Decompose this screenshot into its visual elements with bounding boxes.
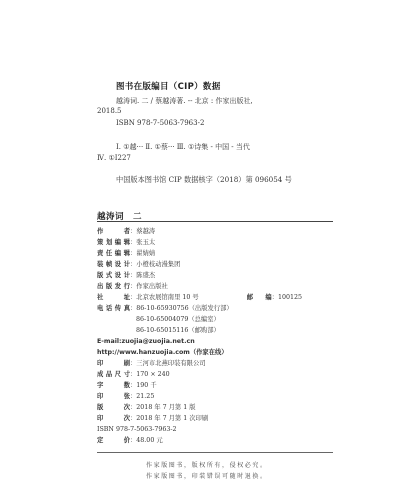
printing-row: 印次：2018 年 7 月第 1 次印刷 — [97, 415, 208, 423]
cover-design-value: 小橙枝动漫集团 — [136, 261, 180, 269]
word-count-row: 字数：190 千 — [97, 382, 157, 390]
planning-editor-row: 策划编辑：张玉太 — [97, 239, 155, 247]
print-sheets-label: 印张 — [97, 393, 130, 401]
cip-catalog-year: 2018.5 — [97, 107, 122, 116]
cip-record-number: 中国版本图书馆 CIP 数据核字（2018）第 096054 号 — [116, 175, 292, 185]
cip-classification-number: Ⅳ. ①I227 — [97, 154, 131, 163]
edition-label: 版次 — [97, 404, 130, 412]
responsible-editor-label: 责任编辑 — [97, 250, 130, 258]
postcode-value: 100125 — [278, 294, 302, 302]
publisher-label: 出版发行 — [97, 283, 130, 291]
author-label: 作者 — [97, 228, 130, 236]
printer-row: 印刷：三河市北燕印装有限公司 — [97, 360, 206, 368]
print-sheets-value: 21.25 — [136, 393, 154, 401]
phone-fax-row: 电话传真：86-10-65930756（出版发行部） — [97, 305, 233, 313]
email-line: E-mail:zuojia@zuojia.net.cn — [97, 338, 195, 346]
printing-label: 印次 — [97, 415, 130, 423]
price-label: 定价 — [97, 437, 130, 445]
exchange-notice: 作家版图书，印装错误可随时退换。 — [146, 471, 268, 480]
word-count-label: 字数 — [97, 382, 130, 390]
address-label: 社址 — [97, 294, 130, 302]
cip-classification: Ⅰ. ①越··· Ⅱ. ①蔡··· Ⅲ. ①诗集 - 中国 - 当代 — [116, 143, 250, 152]
phone-editorial-row: 86-10-65004079（总编室） — [136, 316, 220, 324]
planning-editor-value: 张玉太 — [136, 239, 155, 247]
printer-value: 三河市北燕印装有限公司 — [136, 360, 205, 368]
publisher-row: 出版发行：作家出版社 — [97, 283, 168, 291]
planning-editor-label: 策划编辑 — [97, 239, 130, 247]
cover-design-label: 装帧设计 — [97, 261, 130, 269]
responsible-editor-row: 责任编辑：翟婧婧 — [97, 250, 155, 258]
size-row: 成品尺寸：170 × 240 — [97, 371, 170, 379]
phone-fax-label: 电话传真 — [97, 305, 130, 313]
edition-value: 2018 年 7 月第 1 版 — [136, 404, 195, 412]
printer-label: 印刷 — [97, 360, 130, 368]
word-count-value: 190 千 — [136, 382, 156, 390]
website-line: http://www.hanzuojia.com（作家在线） — [97, 349, 228, 357]
layout-design-row: 版式设计：陈盛杰 — [97, 272, 155, 280]
print-sheets-row: 印张：21.25 — [97, 393, 154, 401]
address-row: 社址：北京农展馆南里 10 号邮编：100125 — [97, 294, 302, 302]
responsible-editor-value: 翟婧婧 — [136, 250, 155, 258]
copyright-notice: 作家版图书，版权所有，侵权必究。 — [146, 460, 268, 469]
layout-design-label: 版式设计 — [97, 272, 130, 280]
price-row: 定价：48.00 元 — [97, 437, 163, 445]
phone-sales: 86-10-65930756（出版发行部） — [136, 305, 232, 313]
postcode-label: 邮编 — [247, 294, 272, 302]
cip-heading: 图书在版编目（CIP）数据 — [116, 80, 221, 92]
printing-value: 2018 年 7 月第 1 次印刷 — [136, 415, 208, 423]
cip-isbn: ISBN 978-7-5063-7963-2 — [116, 119, 204, 128]
phone-mail-order: 86-10-65015116（邮购部） — [136, 327, 220, 335]
edition-row: 版次：2018 年 7 月第 1 版 — [97, 404, 196, 412]
layout-design-value: 陈盛杰 — [136, 272, 155, 280]
title-rule — [97, 221, 333, 222]
cover-design-row: 装帧设计：小橙枝动漫集团 — [97, 261, 180, 269]
publisher-value: 作家出版社 — [136, 283, 167, 291]
author-value: 蔡越涛 — [136, 228, 155, 236]
isbn-line: ISBN 978-7-5063-7963-2 — [97, 426, 177, 434]
address-value: 北京农展馆南里 10 号 — [136, 294, 198, 302]
phone-editorial: 86-10-65004079（总编室） — [136, 316, 220, 324]
phone-mail-order-row: 86-10-65015116（邮购部） — [136, 327, 220, 335]
size-value: 170 × 240 — [136, 371, 169, 379]
cip-catalog-line: 越涛词. 二 / 蔡越涛著. -- 北京 : 作家出版社, — [116, 97, 253, 106]
price-value: 48.00 元 — [136, 437, 162, 445]
footer-rule — [97, 452, 333, 453]
author-row: 作者：蔡越涛 — [97, 228, 155, 236]
size-label: 成品尺寸 — [97, 371, 130, 379]
